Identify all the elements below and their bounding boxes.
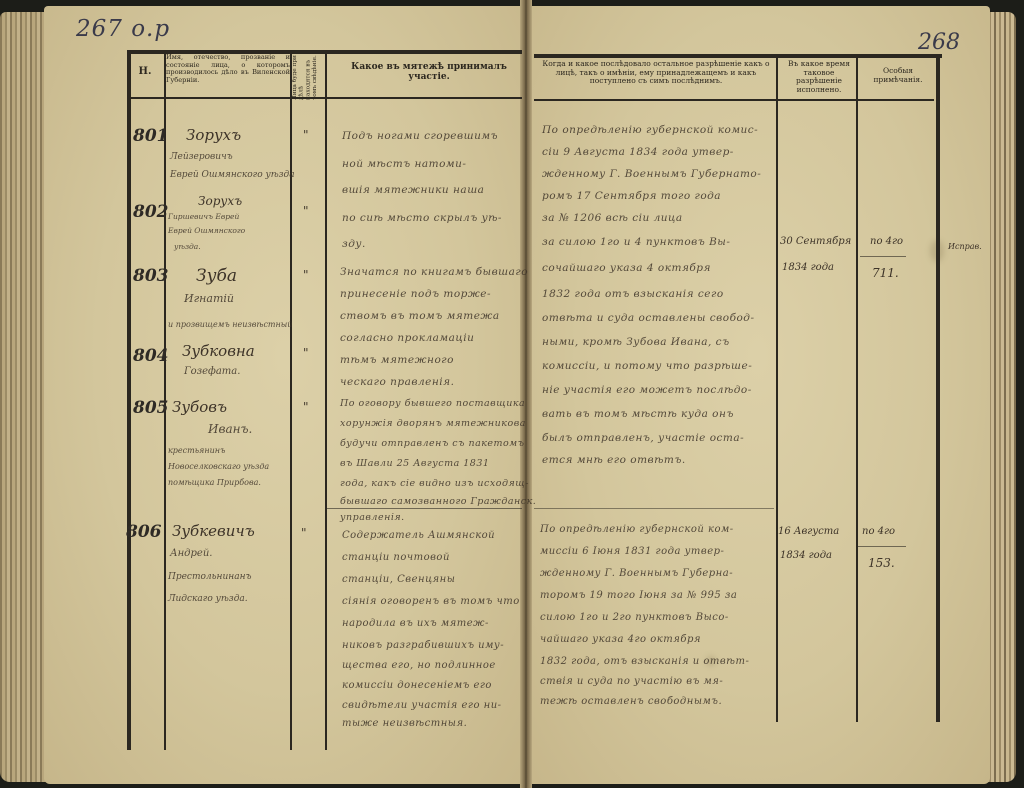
role-text: Содержатель Ашмянской xyxy=(342,530,495,541)
role-text: ной мѣстъ натоми- xyxy=(342,158,466,170)
person-name-detail: помѣщика Прирбова. xyxy=(168,478,261,487)
header-present: Лица буде при дѣлѣ находятся въ томъ свѣ… xyxy=(292,54,322,100)
ledger-spread: 267 о.р 268 Н. Имя, отечество, прозваніе… xyxy=(0,0,1024,788)
entry-separator xyxy=(326,508,522,509)
fraction-line xyxy=(856,546,906,547)
role-text: ческаго правленія. xyxy=(340,376,454,388)
person-surname: Зубовъ xyxy=(172,398,227,416)
role-text: никовъ разграбившихъ иму- xyxy=(342,640,504,651)
role-text: въ Шавли 25 Августа 1831 xyxy=(340,458,489,469)
role-text: хорунжія дворянъ мятежникова xyxy=(340,418,526,429)
ditto-mark: " xyxy=(303,400,309,414)
decision-text: ется мнѣ его отвѣтъ. xyxy=(542,454,686,466)
decision-text: ромъ 17 Сентября того года xyxy=(542,190,721,202)
ditto-mark: " xyxy=(303,346,309,360)
role-text: сіянія оговоренъ въ томъ что xyxy=(342,596,520,607)
decision-text: По опредѣленію губернской ком- xyxy=(540,524,734,535)
decision-text: жденному Г. Военнымъ Губерна- xyxy=(540,568,733,579)
ditto-mark: " xyxy=(303,268,309,282)
role-text: Подъ ногами сгоревшимъ xyxy=(342,130,498,142)
decision-text: миссіи 6 Іюня 1831 года утвер- xyxy=(540,546,724,557)
executed-date: 16 Августа xyxy=(778,526,839,537)
ditto-mark: " xyxy=(303,204,309,218)
folio-number-left: 267 о.р xyxy=(76,16,170,42)
executed-date: 1834 года xyxy=(780,550,832,561)
decision-text: 1832 года отъ взысканія сего xyxy=(542,288,724,300)
person-name-detail: Новоселковскаго уѣзда xyxy=(168,462,269,471)
execution-ref: 711. xyxy=(872,266,899,280)
header-name: Имя, отечество, прозваніе и состояніе ли… xyxy=(166,54,290,84)
decision-text: 1832 года, отъ взысканія и отвѣт- xyxy=(540,656,749,667)
person-name-detail: и прозвищемъ неизвѣстный xyxy=(168,320,292,329)
role-text: по сиѣ мѣсто скрылъ уѣ- xyxy=(342,212,502,224)
decision-text: тежѣ оставленъ свободнымъ. xyxy=(540,696,722,707)
entry-number: 802 xyxy=(133,202,169,222)
decision-text: силою 1го и 2го пунктовъ Высо- xyxy=(540,612,729,623)
person-surname: Зорухъ xyxy=(186,126,241,144)
person-surname: Зубковна xyxy=(182,342,255,360)
table-top-rule-right xyxy=(534,54,942,58)
decision-text: вать въ томъ мѣстѣ куда онъ xyxy=(542,408,734,420)
column-divider xyxy=(856,54,858,722)
header-notes: Особыя примѣчанія. xyxy=(860,67,936,84)
person-name-detail: Престольнинанъ xyxy=(168,572,252,582)
table-left-border xyxy=(127,50,131,750)
entry-number: 801 xyxy=(133,126,169,146)
executed-date: 30 Сентября xyxy=(780,236,851,247)
page-stack-left xyxy=(0,12,48,782)
role-text: ствомъ въ томъ мятежа xyxy=(340,310,500,322)
entry-number: 805 xyxy=(133,398,169,418)
header-bottom-rule-right xyxy=(534,99,934,101)
role-text: года, какъ сіе видно изъ исходящ- xyxy=(340,478,529,489)
entry-separator xyxy=(534,508,774,509)
margin-note: Исправ. xyxy=(948,242,982,251)
entry-number: 806 xyxy=(126,522,162,542)
decision-text: за № 1206 всѣ сіи лица xyxy=(542,212,683,224)
person-name-detail: Гозефата. xyxy=(184,366,240,377)
person-surname: Зуба xyxy=(196,266,237,286)
header-number: Н. xyxy=(130,66,160,78)
role-text: станціи, Свенцяны xyxy=(342,574,455,585)
decision-text: за силою 1го и 4 пунктовъ Вы- xyxy=(542,236,730,248)
folio-number-right: 268 xyxy=(918,30,960,55)
header-role: Какое въ мятежѣ принималъ участіе. xyxy=(334,62,524,83)
role-text: щества его, но подлинное xyxy=(342,660,496,671)
person-name-detail: Еврей Ошмянского xyxy=(168,226,245,235)
header-decision: Когда и какое послѣдовало остальное разр… xyxy=(534,60,778,86)
role-text: бывшаго самозванного Гражданск. xyxy=(340,496,536,507)
decision-text: чайшаго указа 4го октября xyxy=(540,634,701,645)
role-text: тыже неизвѣстныя. xyxy=(342,718,467,729)
fraction-line xyxy=(860,256,906,257)
person-name-detail: Иванъ. xyxy=(208,422,252,436)
ditto-mark: " xyxy=(303,128,309,142)
decision-text: сочайшаго указа 4 октября xyxy=(542,262,711,274)
role-text: зду. xyxy=(342,238,366,250)
decision-text: ными, кромѣ Зубова Ивана, съ xyxy=(542,336,730,348)
decision-text: По опредѣленію губернской комис- xyxy=(542,124,758,136)
header-executed-when: Въ какое время таковое разрѣшеніе исполн… xyxy=(780,60,858,95)
decision-text: ніе участія его можетъ послѣдо- xyxy=(542,384,752,396)
decision-text: отвѣта и суда оставлены свобод- xyxy=(542,312,755,324)
role-text: принесеніе подъ торже- xyxy=(340,288,491,300)
column-divider xyxy=(290,50,292,750)
decision-text: былъ отправленъ, участіе оста- xyxy=(542,432,744,444)
entry-number: 803 xyxy=(133,266,169,286)
role-text: станціи почтовой xyxy=(342,552,450,563)
role-text: вшія мятежники наша xyxy=(342,184,484,196)
book-spine xyxy=(520,0,532,788)
person-name-detail: Еврей Ошмянского уѣзда xyxy=(170,170,295,180)
person-name-detail: Игнатій xyxy=(184,292,234,305)
role-text: народила въ ихъ мятеж- xyxy=(342,618,489,629)
execution-ref: 153. xyxy=(868,556,895,570)
execution-ref: по 4го xyxy=(870,236,903,247)
column-divider xyxy=(776,54,778,722)
executed-date: 1834 года xyxy=(782,262,834,273)
role-text: свидѣтели участія его ни- xyxy=(342,700,502,711)
role-text: согласно прокламаціи xyxy=(340,332,474,344)
person-surname: Зорухъ xyxy=(198,194,242,208)
ditto-mark: " xyxy=(301,526,307,540)
table-right-border xyxy=(936,54,940,722)
role-text: По оговору бывшего поставщика xyxy=(340,398,525,409)
role-text: комиссіи донесеніемъ его xyxy=(342,680,492,691)
role-text: будучи отправленъ съ пакетомъ xyxy=(340,438,524,449)
person-name-detail: Гиршевичъ Еврей xyxy=(168,212,239,221)
person-surname: Зубкевичъ xyxy=(172,522,255,540)
decision-text: торомъ 19 того Іюня за № 995 за xyxy=(540,590,737,601)
decision-text: жденному Г. Военнымъ Губернато- xyxy=(542,168,761,180)
person-name-detail: Лейзеровичъ xyxy=(170,152,233,162)
person-name-detail: Лидскаго уѣзда. xyxy=(168,594,248,604)
decision-text: комиссіи, и потому что разрѣше- xyxy=(542,360,752,372)
role-text: Значатся по книгамъ бывшаго xyxy=(340,266,528,278)
role-text: управленія. xyxy=(340,512,405,523)
decision-text: сіи 9 Августа 1834 года утвер- xyxy=(542,146,734,158)
role-text: тѣмъ мятежного xyxy=(340,354,454,366)
person-name-detail: крестьянинъ xyxy=(168,446,225,455)
decision-text: ствія и суда по участію въ мя- xyxy=(540,676,723,687)
execution-ref: по 4го xyxy=(862,526,895,537)
page-stack-right xyxy=(986,12,1016,782)
person-name-detail: уѣзда. xyxy=(174,242,201,251)
entry-number: 804 xyxy=(133,346,169,366)
person-name-detail: Андрей. xyxy=(170,548,212,559)
column-divider xyxy=(325,50,327,750)
